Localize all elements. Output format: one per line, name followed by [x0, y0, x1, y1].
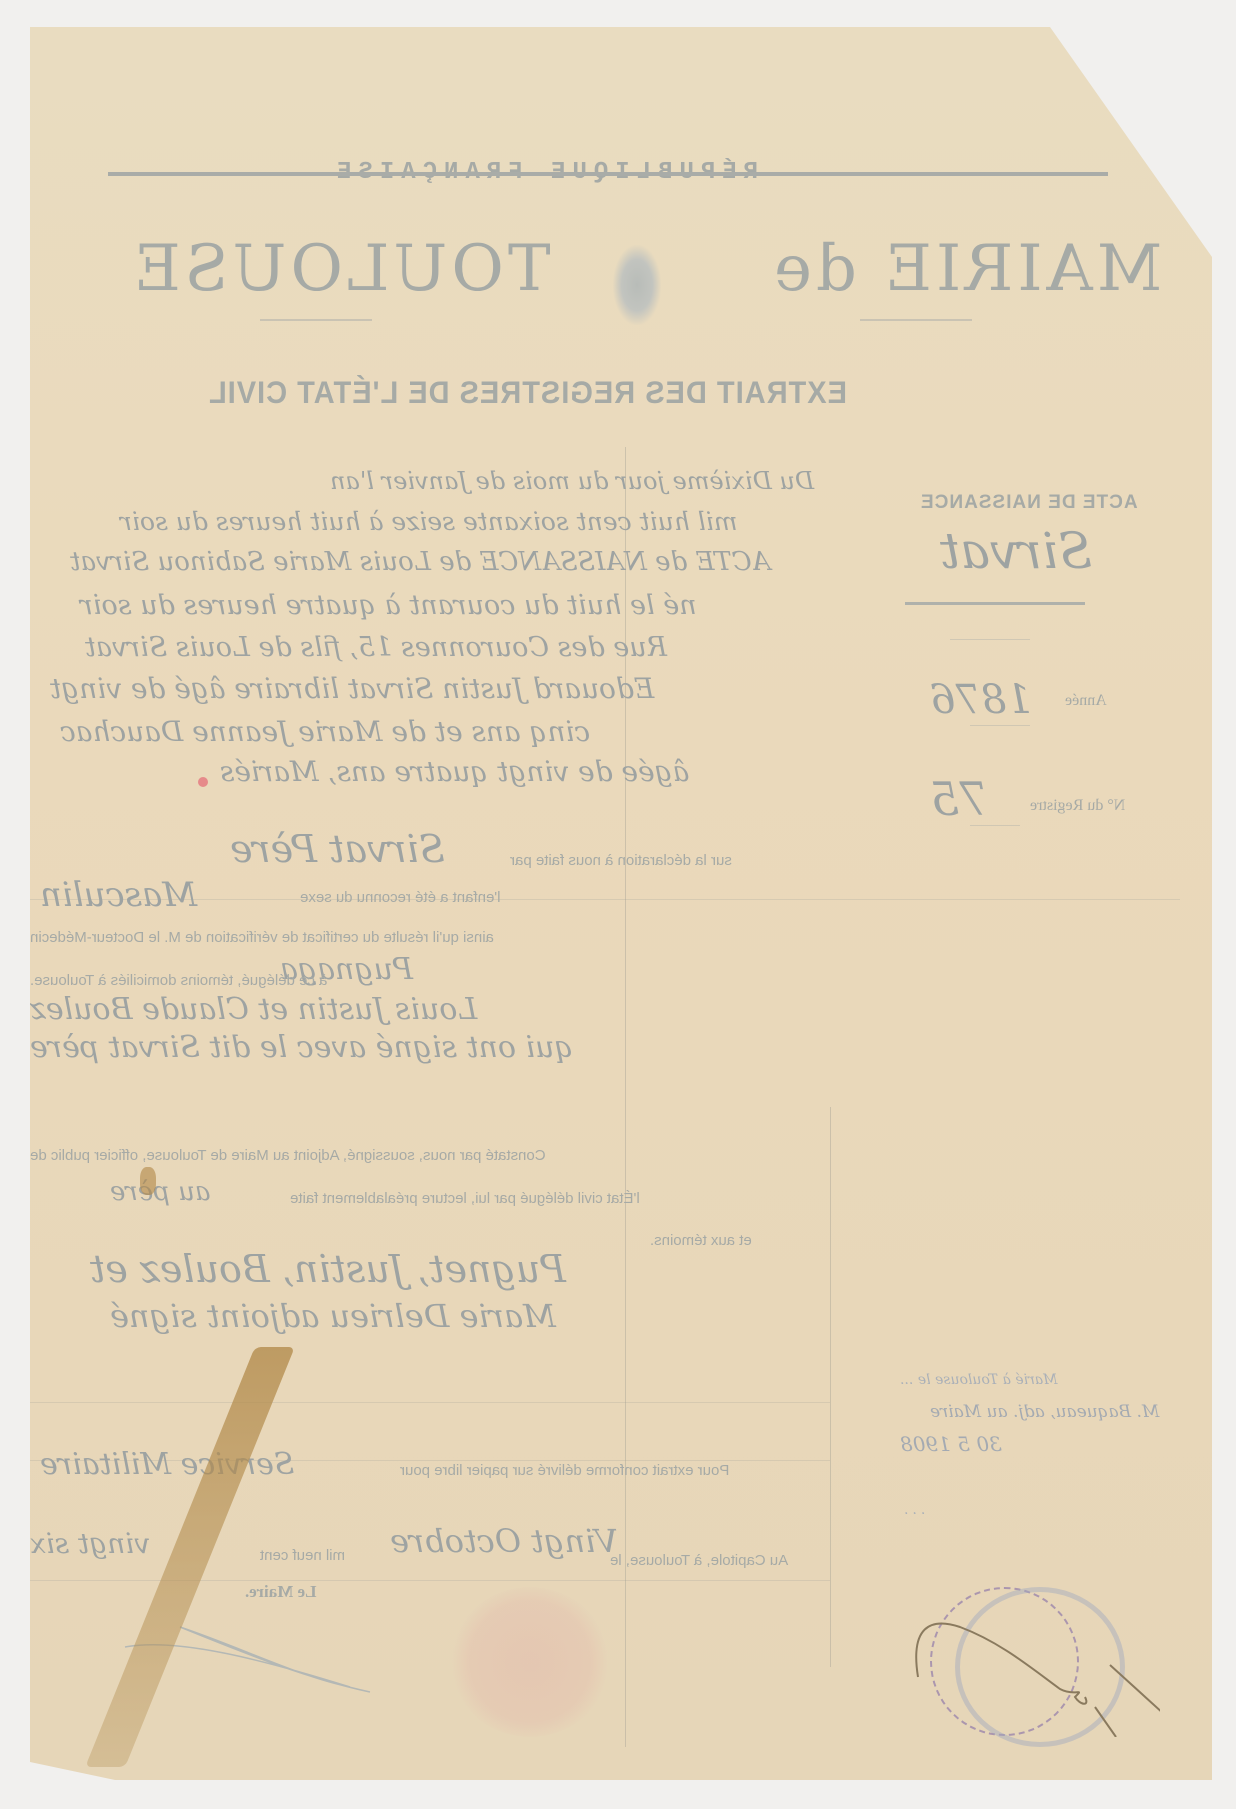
surname-value: Sirvat [940, 522, 1092, 580]
short-rule-left [260, 319, 372, 321]
sidebar-dash [950, 639, 1030, 640]
fold-line-horizontal [30, 899, 1180, 900]
body-line-5: Rue des Couronnes 15, fils de Louis Sirv… [85, 632, 667, 663]
capitole-label: Au Capitole, à Toulouse, le [610, 1552, 788, 1569]
register-number-value: 75 [930, 772, 989, 826]
annotation-line-3: 30 5 1908 [900, 1432, 1002, 1456]
year-label: Année [1065, 692, 1107, 710]
surname-underline [905, 602, 1085, 605]
mayor-label: Le Maire. [245, 1582, 316, 1602]
witnesses-closing-label: et aux témoins. [650, 1232, 752, 1249]
annotation-line-4: ... [900, 1502, 925, 1518]
city-heading: TOULOUSE [130, 232, 551, 306]
witnesses-label: à ce délégué, témoins domiciliés à Toulo… [30, 972, 327, 989]
body-line-1: Du Dixième jour du mois de Janvier l'an [330, 467, 814, 495]
column-divider [830, 1107, 831, 1667]
year-hand-value: vingt six [30, 1527, 150, 1560]
witness-line-2: Louis Justin et Claude Boulez [30, 992, 477, 1027]
annotation-line-2: M. Baqueau, adj. au Maire [930, 1402, 1159, 1422]
capitole-date-value: Vingt Octobre [390, 1522, 618, 1560]
body-line-8: âgée de vingt quatre ans, Mariés [220, 755, 689, 788]
sex-label: l'enfant a été reconnu du sexe [300, 889, 501, 906]
year-value: 1876 [930, 677, 1032, 723]
document-page: RÉPUBLIQUE FRANÇAISE TOULOUSE MAIRIE de … [30, 27, 1212, 1780]
sidebar-dash [970, 725, 1030, 726]
act-type-label: ACTE DE NAISSANCE [920, 492, 1138, 514]
emblem-icon [613, 245, 661, 325]
ruled-line [30, 1402, 830, 1403]
year-prefix-label: mil neuf cent [260, 1547, 345, 1564]
sidebar-dash [970, 825, 1020, 826]
constate-line-2: l'État civil délégué par lui, lecture pr… [290, 1190, 640, 1207]
signatures-line-2: Marie Delrieu adjoint signé [110, 1297, 556, 1335]
body-line-7: cinq ans et de Marie Jeanne Dauchac [60, 715, 590, 748]
signatures-line-1: Pugnet, Justin, Boulez et [90, 1247, 566, 1291]
mairie-heading: MAIRIE de [770, 232, 1162, 306]
sex-value: Masculin [40, 875, 197, 915]
body-line-3: ACTE de NAISSANCE de Louis Marie Sabinou… [70, 547, 770, 577]
annotation-line-1: Marié à Toulouse le ... [900, 1372, 1058, 1388]
red-ink-dot [198, 777, 208, 787]
constate-hand: au père [110, 1177, 210, 1207]
paper-stain [140, 1167, 156, 1195]
document-subtitle: EXTRAIT DES REGISTRES DE L'ÉTAT CIVIL [208, 375, 847, 411]
short-rule-right [860, 319, 972, 321]
declarant-value: Sirvat Père [230, 827, 445, 871]
body-line-6: Edouard Justin Sirvat libraire âgé de vi… [50, 672, 654, 705]
certificate-line: ainsi qu'il résulte du certificat de vér… [30, 929, 494, 946]
body-line-4: né le huit du courant à quatre heures du… [80, 590, 697, 621]
stamp-signature-icon [880, 1597, 1160, 1737]
red-seal-stamp [450, 1587, 610, 1737]
extract-purpose-value: Service Militaire [40, 1447, 294, 1482]
witness-line-3: qui ont signé avec le dit Sirvat père [30, 1030, 574, 1065]
header-rule [108, 172, 1108, 176]
body-line-2: mil huit cent soixante seize à huit heur… [120, 507, 737, 536]
register-number-label: N° du Registre [1030, 797, 1125, 815]
extract-label: Pour extrait conforme délivré sur papier… [400, 1462, 729, 1479]
ruled-line [30, 1580, 830, 1581]
constate-line-1: Constaté par nous, soussigné, Adjoint au… [30, 1147, 546, 1164]
declaration-label: sur la déclaration à nous faite par [510, 852, 732, 869]
